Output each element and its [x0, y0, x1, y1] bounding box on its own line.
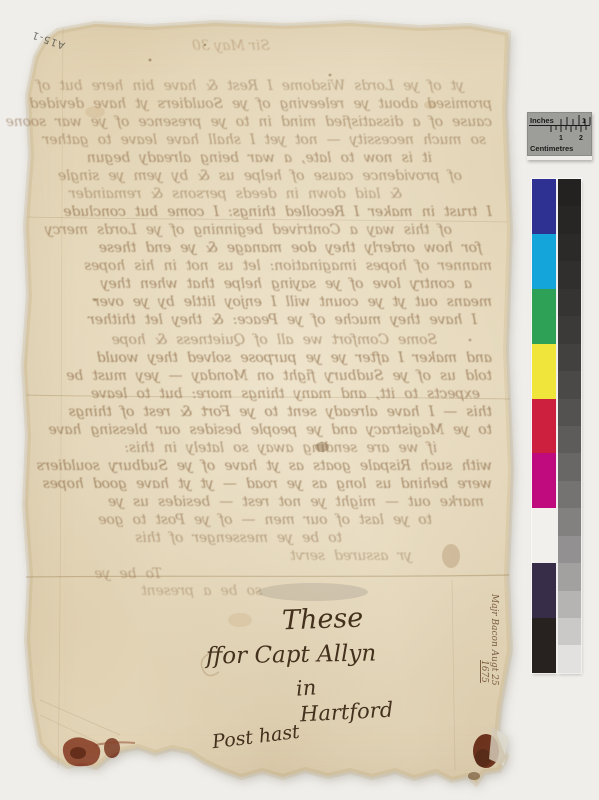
- grayscale-step: [558, 508, 581, 535]
- color-patch: [532, 399, 556, 454]
- ruler-scale-card: Inches 1 1 2 Centimetres: [527, 112, 592, 160]
- photograph-scene: A15-1 Sir May 30 yt of ye Lords Wisdome …: [0, 0, 599, 800]
- grayscale-step: [558, 289, 581, 316]
- mirrored-bleedthrough-line: and maker I after ye ye purpose solved t…: [38, 350, 492, 366]
- mirrored-bleedthrough-line: means out yt ye count will I enjoy littl…: [38, 294, 492, 310]
- mirrored-bleedthrough-line: manner of hopes imagination: let us not …: [38, 258, 492, 274]
- mirrored-bleedthrough-line: cause of a dissatisfied mind in to ye pr…: [38, 114, 492, 130]
- grayscale-step-column: [558, 179, 581, 673]
- ruler-inches-label: Inches: [530, 116, 554, 125]
- mirrored-bleedthrough-line: To be ye: [38, 566, 162, 582]
- mirrored-bleedthrough-line: with such Rispale goats as yt have of ye…: [38, 458, 492, 474]
- color-patch: [532, 453, 556, 508]
- grayscale-step: [558, 481, 581, 508]
- mirrored-bleedthrough-line: of this way a Contrived beginning of ye …: [38, 222, 452, 238]
- endorsement-note: Majr Bacon Augt 25 1675: [479, 594, 499, 712]
- bleedthrough-heading: Sir May 30: [148, 38, 270, 54]
- mirrored-bleedthrough-line: so much necessity — not yet I shall have…: [38, 132, 486, 148]
- grayscale-step: [558, 563, 581, 590]
- grayscale-step: [558, 371, 581, 398]
- mirrored-bleedthrough-line: a contry love of ye saying helpe that wh…: [38, 276, 472, 292]
- mirrored-bleedthrough-line: yt of ye Lords Wisdome I Rest & have bin…: [38, 78, 464, 94]
- grayscale-step: [558, 316, 581, 343]
- mirrored-bleedthrough-line: told us of ye Sudbury fight on Monday — …: [38, 368, 492, 384]
- mirrored-bleedthrough-line: to ye Magistracy and ye people besides o…: [38, 422, 492, 438]
- grayscale-step: [558, 206, 581, 233]
- mirrored-bleedthrough-line: expects to itt, and many things more: bu…: [38, 386, 480, 402]
- grayscale-step: [558, 426, 581, 453]
- grayscale-step: [558, 536, 581, 563]
- grayscale-step: [558, 645, 581, 672]
- color-patch: [532, 289, 556, 344]
- grayscale-step: [558, 234, 581, 261]
- grayscale-step: [558, 618, 581, 645]
- address-post-haste: Post hast: [211, 721, 301, 754]
- color-calibration-target: [532, 179, 581, 673]
- manuscript-text-layer: A15-1 Sir May 30 yt of ye Lords Wisdome …: [0, 0, 599, 800]
- color-patch: [532, 344, 556, 399]
- color-patch: [532, 563, 556, 618]
- mirrored-bleedthrough-line: I trust in maker I Recolled things: I co…: [38, 204, 492, 220]
- mirrored-bleedthrough-line: for how orderly they doe manage & ye end…: [38, 240, 482, 256]
- mirrored-bleedthrough-line: Some Comfort we all of Quietness & hope: [38, 332, 437, 348]
- mirrored-bleedthrough-line: it is now to late, a war being already b…: [38, 150, 432, 166]
- mirrored-bleedthrough-line: promised about ye releeving of ye Souldi…: [38, 96, 492, 112]
- address-recipient: ffor Capt Allyn: [206, 641, 377, 670]
- mirrored-bleedthrough-line: yr assured servt: [38, 548, 412, 564]
- address-in: in: [295, 675, 317, 700]
- mirrored-bleedthrough-line: to ye last of our men — of ye Post to go…: [38, 512, 432, 528]
- archive-number-note: A15-1: [20, 24, 67, 50]
- endorsement-line2: 1675: [479, 594, 489, 712]
- color-patch: [532, 508, 556, 563]
- ruler-centimetres-label: Centimetres: [530, 144, 573, 153]
- address-salutation: These: [281, 603, 363, 637]
- grayscale-step: [558, 591, 581, 618]
- color-patch: [532, 618, 556, 673]
- ruler-cm-1-label: 1: [559, 135, 563, 142]
- color-patch-column: [532, 179, 556, 673]
- mirrored-bleedthrough-line: & laid down in deeds persons & remainder: [38, 186, 402, 202]
- endorsement-line1: Majr Bacon Augt 25: [489, 594, 499, 712]
- mirrored-bleedthrough-line: if we are sending away so lately in this…: [38, 440, 437, 456]
- mirrored-bleedthrough-line: were behind us long as ye road — yt yt h…: [38, 476, 492, 492]
- grayscale-step: [558, 344, 581, 371]
- mirrored-bleedthrough-line: of providence cause of helpe us & by yem…: [38, 168, 462, 184]
- address-place: Hartford: [299, 698, 393, 727]
- mirrored-bleedthrough-line: so be a present: [38, 583, 262, 599]
- mirrored-bleedthrough-line: to be ye messenger of this: [38, 530, 342, 546]
- mirrored-bleedthrough-line: this — I have already sent to ye Fort & …: [38, 404, 492, 420]
- grayscale-step: [558, 399, 581, 426]
- mirrored-bleedthrough-line: marke out — might ye not rest — besides …: [38, 494, 484, 510]
- color-patch: [532, 179, 556, 234]
- ruler-inch-1-label: 1: [582, 118, 586, 125]
- mirrored-bleedthrough-line: I have they muche of ye Peace: & they le…: [38, 312, 477, 328]
- ruler-cm-2-label: 2: [579, 135, 583, 142]
- grayscale-step: [558, 179, 581, 206]
- color-patch: [532, 234, 556, 289]
- grayscale-step: [558, 261, 581, 288]
- grayscale-step: [558, 453, 581, 480]
